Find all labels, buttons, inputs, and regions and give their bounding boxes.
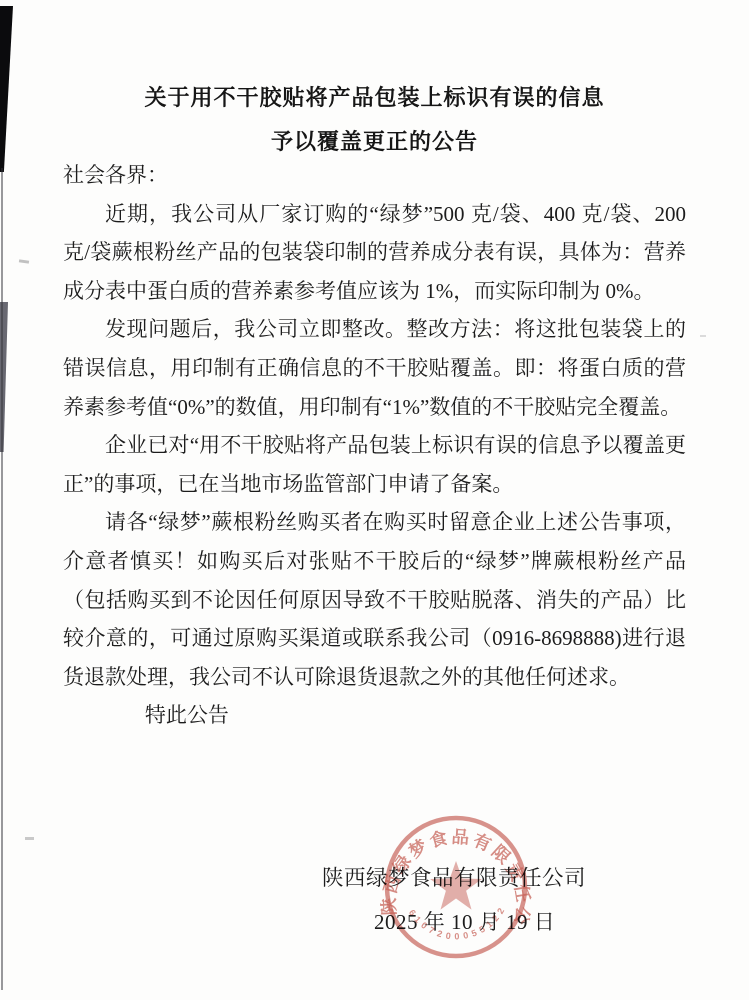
scan-speck (700, 335, 706, 337)
notice-title: 关于用不干胶贴将产品包装上标识有误的信息 予以覆盖更正的公告 (40, 76, 709, 164)
scan-edge-line (1, 168, 3, 990)
scan-speck (25, 837, 34, 840)
scanned-notice-page: 关于用不干胶贴将产品包装上标识有误的信息 予以覆盖更正的公告 社会各界： 近期，… (0, 0, 749, 1000)
scan-speck (19, 259, 29, 263)
salutation: 社会各界： (63, 156, 686, 195)
closing-statement: 特此公告 (63, 696, 686, 735)
seal-star-icon (430, 861, 482, 910)
paragraph-buyer-advice: 请各“绿梦”蕨根粉丝购买者在购买时留意企业上述公告事项，介意者慎买！如购买后对张… (63, 503, 686, 696)
paragraph-error-description: 近期，我公司从厂家订购的“绿梦”500 克/袋、400 克/袋、200 克/袋蕨… (63, 195, 686, 311)
seal-number: 6107200055122 (407, 905, 507, 941)
paragraph-correction-method: 发现问题后，我公司立即整改。整改方法：将这批包装袋上的错误信息，用印制有正确信息… (63, 310, 686, 426)
notice-title-line1: 关于用不干胶贴将产品包装上标识有误的信息 (40, 76, 709, 120)
seal-company-arc-text: 陕西绿梦食品有限责任公司 (371, 802, 533, 926)
scan-edge-artifact-top (0, 6, 13, 172)
paragraph-filing-record: 企业已对“用不干胶贴将产品包装上标识有误的信息予以覆盖更正”的事项，已在当地市场… (63, 426, 686, 503)
company-seal: 陕西绿梦食品有限责任公司 6107200055122 (371, 802, 541, 972)
notice-body: 社会各界： 近期，我公司从厂家订购的“绿梦”500 克/袋、400 克/袋、20… (63, 156, 686, 735)
